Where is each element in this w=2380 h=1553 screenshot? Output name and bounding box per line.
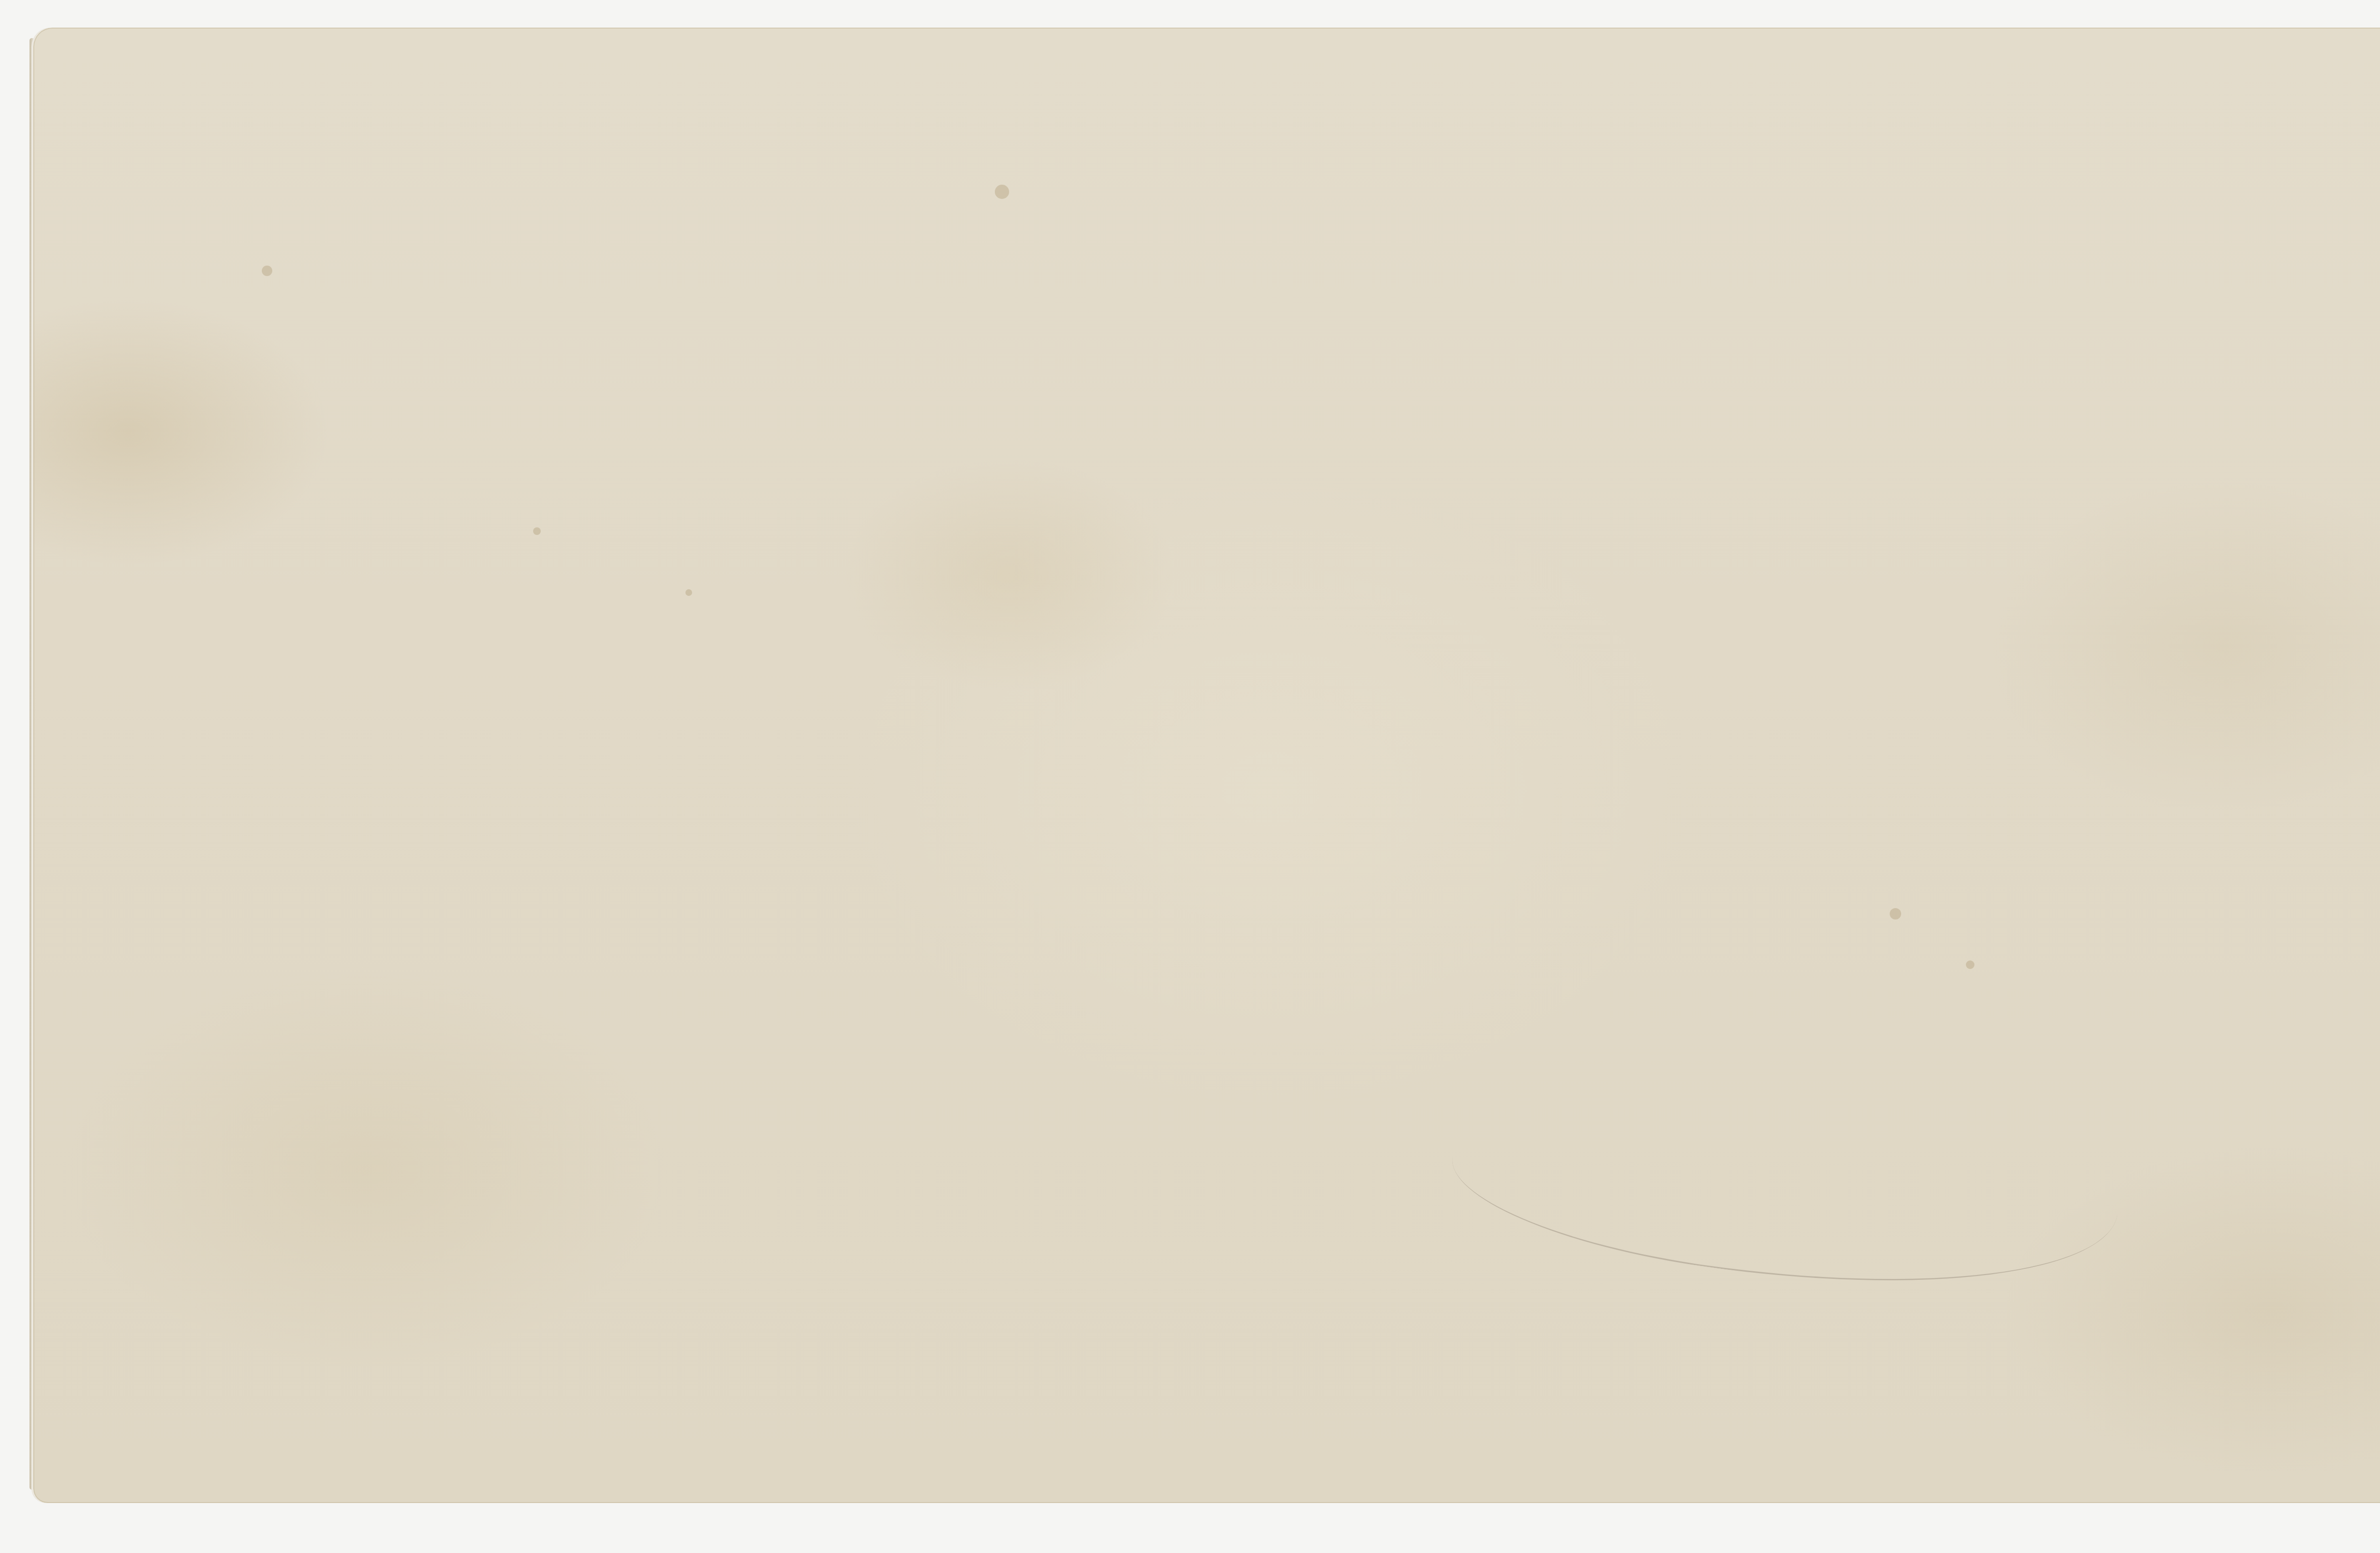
foxing-spot xyxy=(533,527,541,535)
blank-card xyxy=(33,28,2380,1503)
foxing-spot xyxy=(685,589,692,596)
foxing-spot xyxy=(1966,960,1974,969)
foxing-spot xyxy=(1890,908,1901,920)
foxing-spot xyxy=(995,185,1009,199)
foxing-spot xyxy=(262,266,272,276)
